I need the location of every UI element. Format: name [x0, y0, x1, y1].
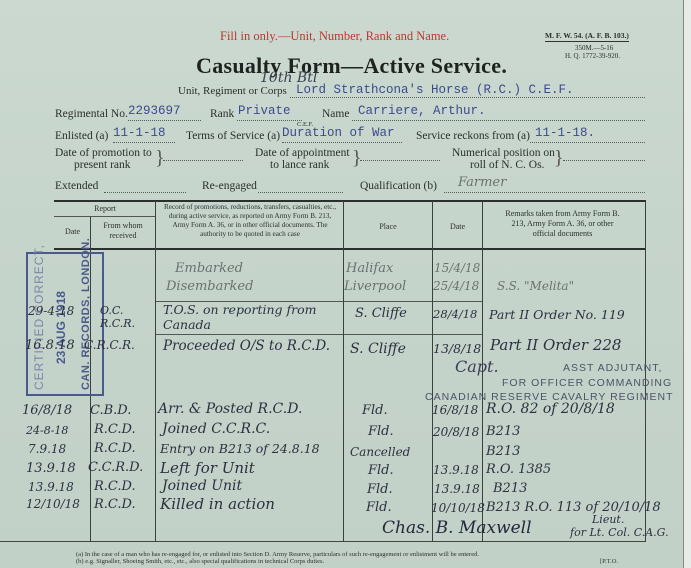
header-report: Report: [55, 204, 155, 214]
table-header-rule: [54, 248, 646, 250]
adjutant-stamp-1: ASST ADJUTANT,: [563, 362, 662, 374]
promotion-dotline: [163, 160, 243, 161]
header-from-whom: From whom received: [92, 221, 154, 241]
numerical-dotline: [563, 160, 645, 161]
row-record: Left for Unit: [160, 459, 255, 477]
row-place: Cancelled: [350, 445, 410, 459]
stamp-date: 23 AUG 1918: [54, 291, 68, 364]
reckons-value: 11-1-18.: [535, 126, 595, 140]
qualification-dotline: [444, 192, 645, 193]
extended-label: Extended: [55, 180, 98, 192]
row-remarks: B213 R.O. 113 of 20/10/18: [486, 500, 661, 515]
row-record: Disembarked: [166, 279, 253, 294]
numerical-label-2: roll of N. C. Os.: [470, 159, 544, 171]
rank-label: Rank: [210, 108, 234, 120]
enlisted-dotline: [113, 142, 175, 143]
row-date: 24-8-18: [26, 424, 68, 437]
fill-instruction: Fill in only.—Unit, Number, Rank and Nam…: [220, 29, 449, 44]
unit-value: Lord Strathcona's Horse (R.C.) C.E.F.: [296, 83, 574, 97]
adjutant-stamp-2: FOR OFFICER COMMANDING: [502, 377, 672, 389]
col-divider: [432, 201, 433, 542]
paper-edge: [683, 0, 691, 568]
form-title: Casualty Form—Active Service.: [196, 53, 507, 79]
hq-code: H. Q. 1772-39-920.: [565, 52, 620, 60]
footnote-b: (b) e.g. Signaller, Shoeing Smith, etc.,…: [76, 558, 324, 565]
row-date2: 15/4/18: [434, 261, 480, 275]
lieut-title: Lieut.: [592, 513, 624, 526]
table-top-rule: [54, 200, 646, 202]
row-date2: 13/8/18: [433, 341, 481, 356]
row-from: C.B.D.: [90, 403, 131, 418]
row-place: Halifax: [346, 261, 393, 276]
rank-value: Private: [238, 104, 291, 118]
row-from: R.C.D.: [94, 422, 136, 437]
row-date: 13.9.18: [26, 461, 76, 476]
enlisted-value: 11-1-18: [113, 126, 166, 140]
row-date: 7.9.18: [28, 442, 66, 456]
enlisted-label: Enlisted (a): [55, 130, 108, 142]
row-remarks: Part II Order 228: [490, 336, 621, 354]
row-date2: 25/4/18: [433, 279, 479, 293]
row-from: R.C.D.: [94, 441, 136, 456]
row-date2: 13.9.18: [433, 463, 479, 477]
reckons-label: Service reckons from (a): [416, 130, 530, 142]
appointment-label: Date of appointment: [255, 147, 350, 159]
row-date2: 28/4/18: [433, 307, 477, 321]
print-code: 350M.—5-16: [575, 44, 613, 52]
row-place: Fld.: [362, 403, 388, 418]
brace: }: [155, 147, 165, 170]
numerical-label: Numerical position on: [452, 147, 555, 159]
appointment-dotline: [360, 160, 440, 161]
row-place: S. Cliffe: [355, 306, 407, 321]
row-record: Arr. & Posted R.C.D.: [158, 401, 302, 417]
name-value: Carriere, Arthur.: [358, 104, 486, 118]
promotion-label-2: present rank: [74, 159, 131, 171]
row-remarks: Part II Order No. 119: [489, 307, 625, 322]
lieut-for: for Lt. Col. C.A.G.: [570, 526, 669, 539]
form-code: M. F. W. 54. (A. F. B. 103.): [545, 31, 629, 42]
row-place: S. Cliffe: [350, 341, 406, 357]
casualty-form-paper: Fill in only.—Unit, Number, Rank and Nam…: [0, 0, 684, 568]
row-from: R.C.D.: [94, 497, 136, 512]
table-bottom-rule: [0, 541, 646, 542]
row-record: Proceeded O/S to R.C.D.: [163, 338, 330, 354]
terms-label: Terms of Service (a): [186, 130, 280, 142]
row-date: 12/10/18: [26, 497, 80, 511]
row-from: R.C.D.: [94, 479, 136, 494]
row-date2: 16/8/18: [432, 403, 478, 417]
row-from: O.C. R.C.R.: [100, 304, 150, 330]
row-place: Fld.: [367, 482, 393, 497]
row-record: Killed in action: [160, 495, 275, 513]
certified-correct-stamp: CERTIFIED CORRECT, 23 AUG 1918 CAN. RECO…: [26, 252, 104, 396]
row-record: Joined C.C.R.C.: [162, 421, 270, 437]
row-from: C.R.C.R.: [84, 338, 135, 352]
row-record: Entry on B213 of 24.8.18: [160, 441, 320, 456]
stamp-line-2: CAN. RECORDS, LONDON.: [80, 238, 92, 390]
row-remarks: S.S. "Melita": [497, 279, 574, 293]
promotion-label: Date of promotion to: [55, 147, 152, 159]
row-record: T.O.S. on reporting from Canada: [163, 302, 341, 332]
row-date2: 20/8/18: [433, 425, 479, 439]
appointment-label-2: to lance rank: [270, 159, 329, 171]
qualification-value: Farmer: [458, 175, 506, 190]
header-date2: Date: [433, 222, 482, 232]
row-remarks: B213: [486, 424, 520, 439]
adjutant-signature: Capt.: [455, 357, 499, 376]
rank-dotline: [237, 120, 302, 121]
report-split: [54, 216, 156, 217]
col-divider: [343, 201, 344, 542]
row-date: 16/8/18: [22, 403, 72, 418]
row-remarks: B213: [493, 481, 527, 496]
pto-mark: [P.T.O.: [600, 558, 618, 565]
reckons-dotline: [530, 142, 645, 143]
regimental-no-label: Regimental No.: [55, 108, 128, 120]
unit-dotline: [290, 97, 645, 98]
row-record: Joined Unit: [162, 478, 242, 494]
unit-label: Unit, Regiment or Corps: [178, 85, 287, 97]
row-remarks: R.O. 82 of 20/8/18: [486, 401, 615, 417]
row-place: Liverpool: [344, 279, 406, 294]
row-place: Fld.: [368, 463, 394, 478]
brace: }: [352, 147, 362, 170]
name-label: Name: [322, 108, 349, 120]
header-date: Date: [55, 227, 90, 237]
regimental-no-value: 2293697: [128, 104, 181, 118]
row-place: Fld.: [366, 500, 392, 515]
regimental-dotline: [128, 120, 201, 121]
footnote-a: (a) In the case of a man who has re-enga…: [76, 551, 479, 558]
row-date: 29-4-18: [28, 304, 74, 318]
header-place: Place: [344, 222, 432, 232]
header-record: Record of promotions, reductions, transf…: [160, 203, 340, 239]
terms-value: Duration of War: [282, 126, 395, 140]
reengaged-dotline: [258, 192, 343, 193]
terms-dotline: [282, 142, 402, 143]
row-remarks: R.O. 1385: [486, 462, 551, 477]
row-date2: 10/10/18: [431, 501, 485, 515]
reengaged-label: Re-engaged: [202, 180, 257, 192]
extended-dotline: [104, 192, 186, 193]
lieut-signature: Chas. B. Maxwell: [382, 518, 532, 538]
qualification-label: Qualification (b): [360, 180, 437, 192]
name-dotline: [352, 120, 645, 121]
col-divider: [155, 201, 156, 542]
row-place: Fld.: [368, 424, 394, 439]
row-record: Embarked: [175, 261, 243, 276]
header-remarks: Remarks taken from Army Form B. 213, Arm…: [500, 209, 625, 239]
row-from: C.C.R.D.: [88, 460, 143, 475]
brace: }: [554, 147, 564, 170]
row-date: 16.8.18: [25, 338, 75, 353]
row-remarks: B213: [486, 444, 520, 459]
row-date2: 13.9.18: [434, 482, 480, 496]
row-date: 13.9.18: [28, 480, 74, 494]
